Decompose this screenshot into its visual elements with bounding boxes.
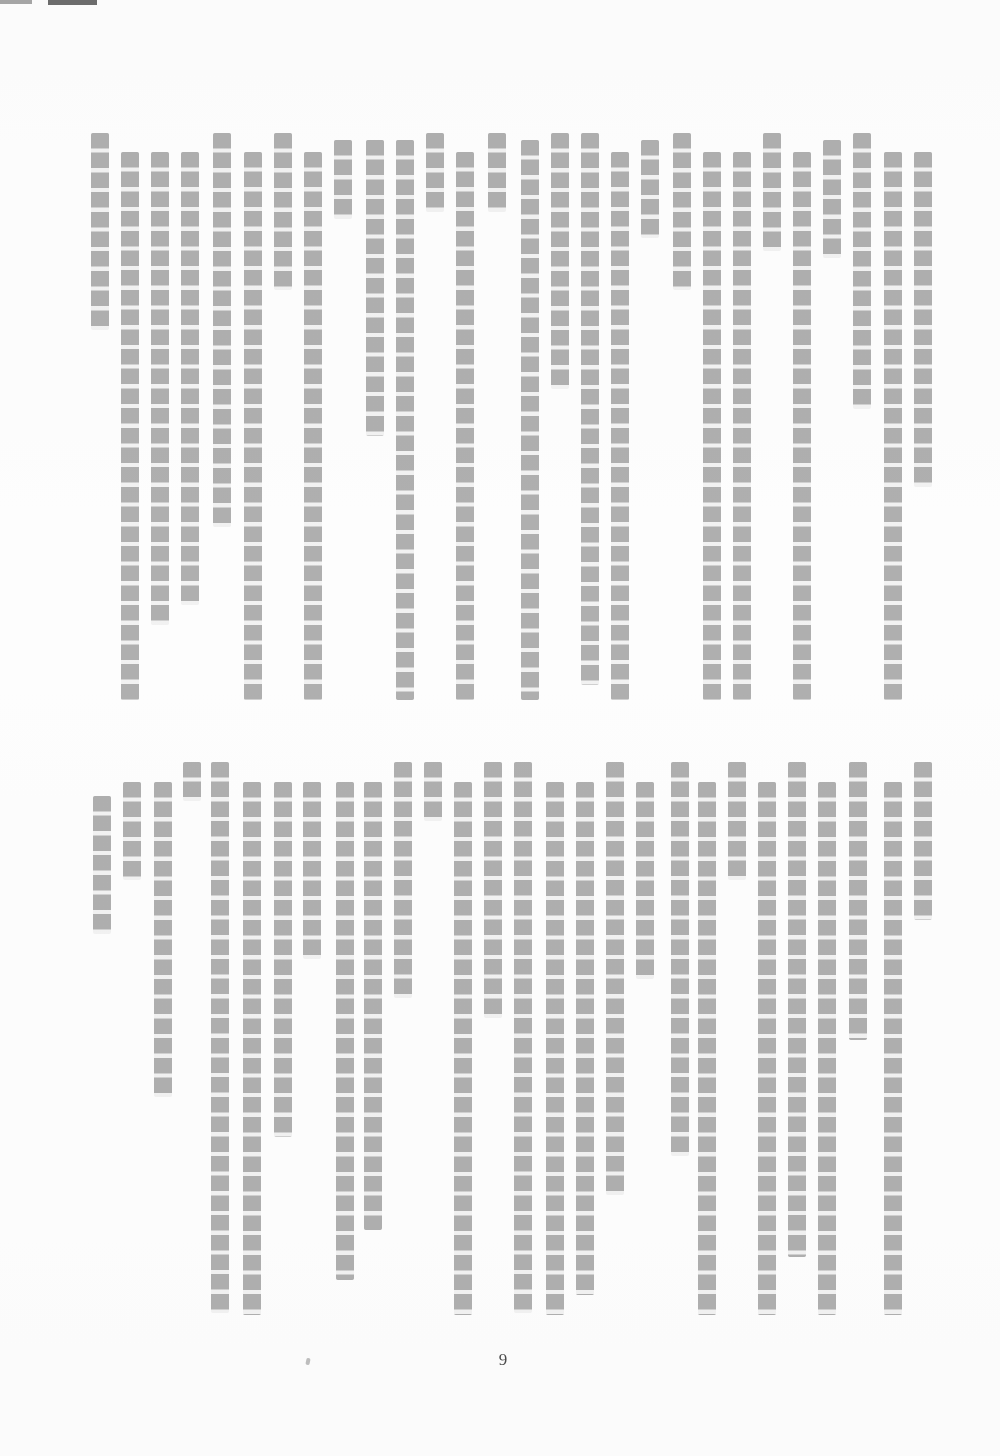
redacted-text-column xyxy=(91,133,109,330)
redacted-text-column xyxy=(698,782,716,1315)
redacted-text-column xyxy=(551,133,569,389)
redacted-text-column xyxy=(366,140,384,436)
redacted-text-column xyxy=(914,152,932,487)
redacted-text-column xyxy=(243,782,261,1315)
redacted-text-column xyxy=(671,762,689,1156)
redacted-text-column xyxy=(93,796,111,934)
redacted-text-column xyxy=(849,762,867,1040)
redacted-text-column xyxy=(576,782,594,1295)
redacted-text-column xyxy=(823,140,841,258)
scanned-document-page: 9 xyxy=(0,0,1000,1456)
redacted-text-column xyxy=(914,762,932,920)
redacted-text-column xyxy=(884,152,902,700)
redacted-text-column xyxy=(521,140,539,700)
redacted-text-column xyxy=(763,133,781,251)
redacted-text-column xyxy=(183,762,201,801)
redacted-text-column xyxy=(274,133,292,290)
redacted-text-column xyxy=(793,152,811,700)
redacted-text-column xyxy=(703,152,721,700)
redacted-text-column xyxy=(853,133,871,409)
redacted-text-column xyxy=(213,133,231,527)
redacted-text-column xyxy=(244,152,262,700)
redacted-text-column xyxy=(488,133,506,212)
redacted-text-column xyxy=(121,152,139,700)
redacted-text-column xyxy=(396,140,414,700)
redacted-text-column xyxy=(514,762,532,1313)
redacted-text-column xyxy=(581,133,599,685)
redacted-text-column xyxy=(364,782,382,1230)
redacted-text-column xyxy=(818,782,836,1315)
redacted-text-column xyxy=(154,782,172,1097)
redacted-text-column xyxy=(758,782,776,1315)
redacted-text-column xyxy=(546,782,564,1315)
redacted-text-column xyxy=(673,133,691,290)
redacted-text-column xyxy=(274,782,292,1137)
top-edge-smudge-2 xyxy=(48,0,97,5)
redacted-text-column xyxy=(211,762,229,1313)
redacted-text-column xyxy=(733,152,751,700)
redacted-text-column xyxy=(394,762,412,998)
redacted-text-column xyxy=(454,782,472,1315)
redacted-text-column xyxy=(424,762,442,821)
redacted-text-column xyxy=(884,782,902,1315)
redacted-text-column xyxy=(456,152,474,700)
page-number: 9 xyxy=(488,1350,518,1370)
redacted-text-column xyxy=(336,782,354,1280)
redacted-text-column xyxy=(334,140,352,219)
scan-speck xyxy=(305,1358,310,1366)
top-edge-smudge-1 xyxy=(0,0,32,4)
redacted-text-column xyxy=(181,152,199,605)
redacted-text-column xyxy=(123,782,141,880)
redacted-text-column xyxy=(151,152,169,625)
redacted-text-column xyxy=(484,762,502,1018)
redacted-text-column xyxy=(606,762,624,1195)
redacted-text-column xyxy=(636,782,654,979)
redacted-text-column xyxy=(304,152,322,700)
redacted-text-column xyxy=(426,133,444,212)
redacted-text-column xyxy=(728,762,746,880)
redacted-text-column xyxy=(303,782,321,959)
redacted-text-column xyxy=(788,762,806,1257)
redacted-text-column xyxy=(641,140,659,238)
redacted-text-column xyxy=(611,152,629,700)
